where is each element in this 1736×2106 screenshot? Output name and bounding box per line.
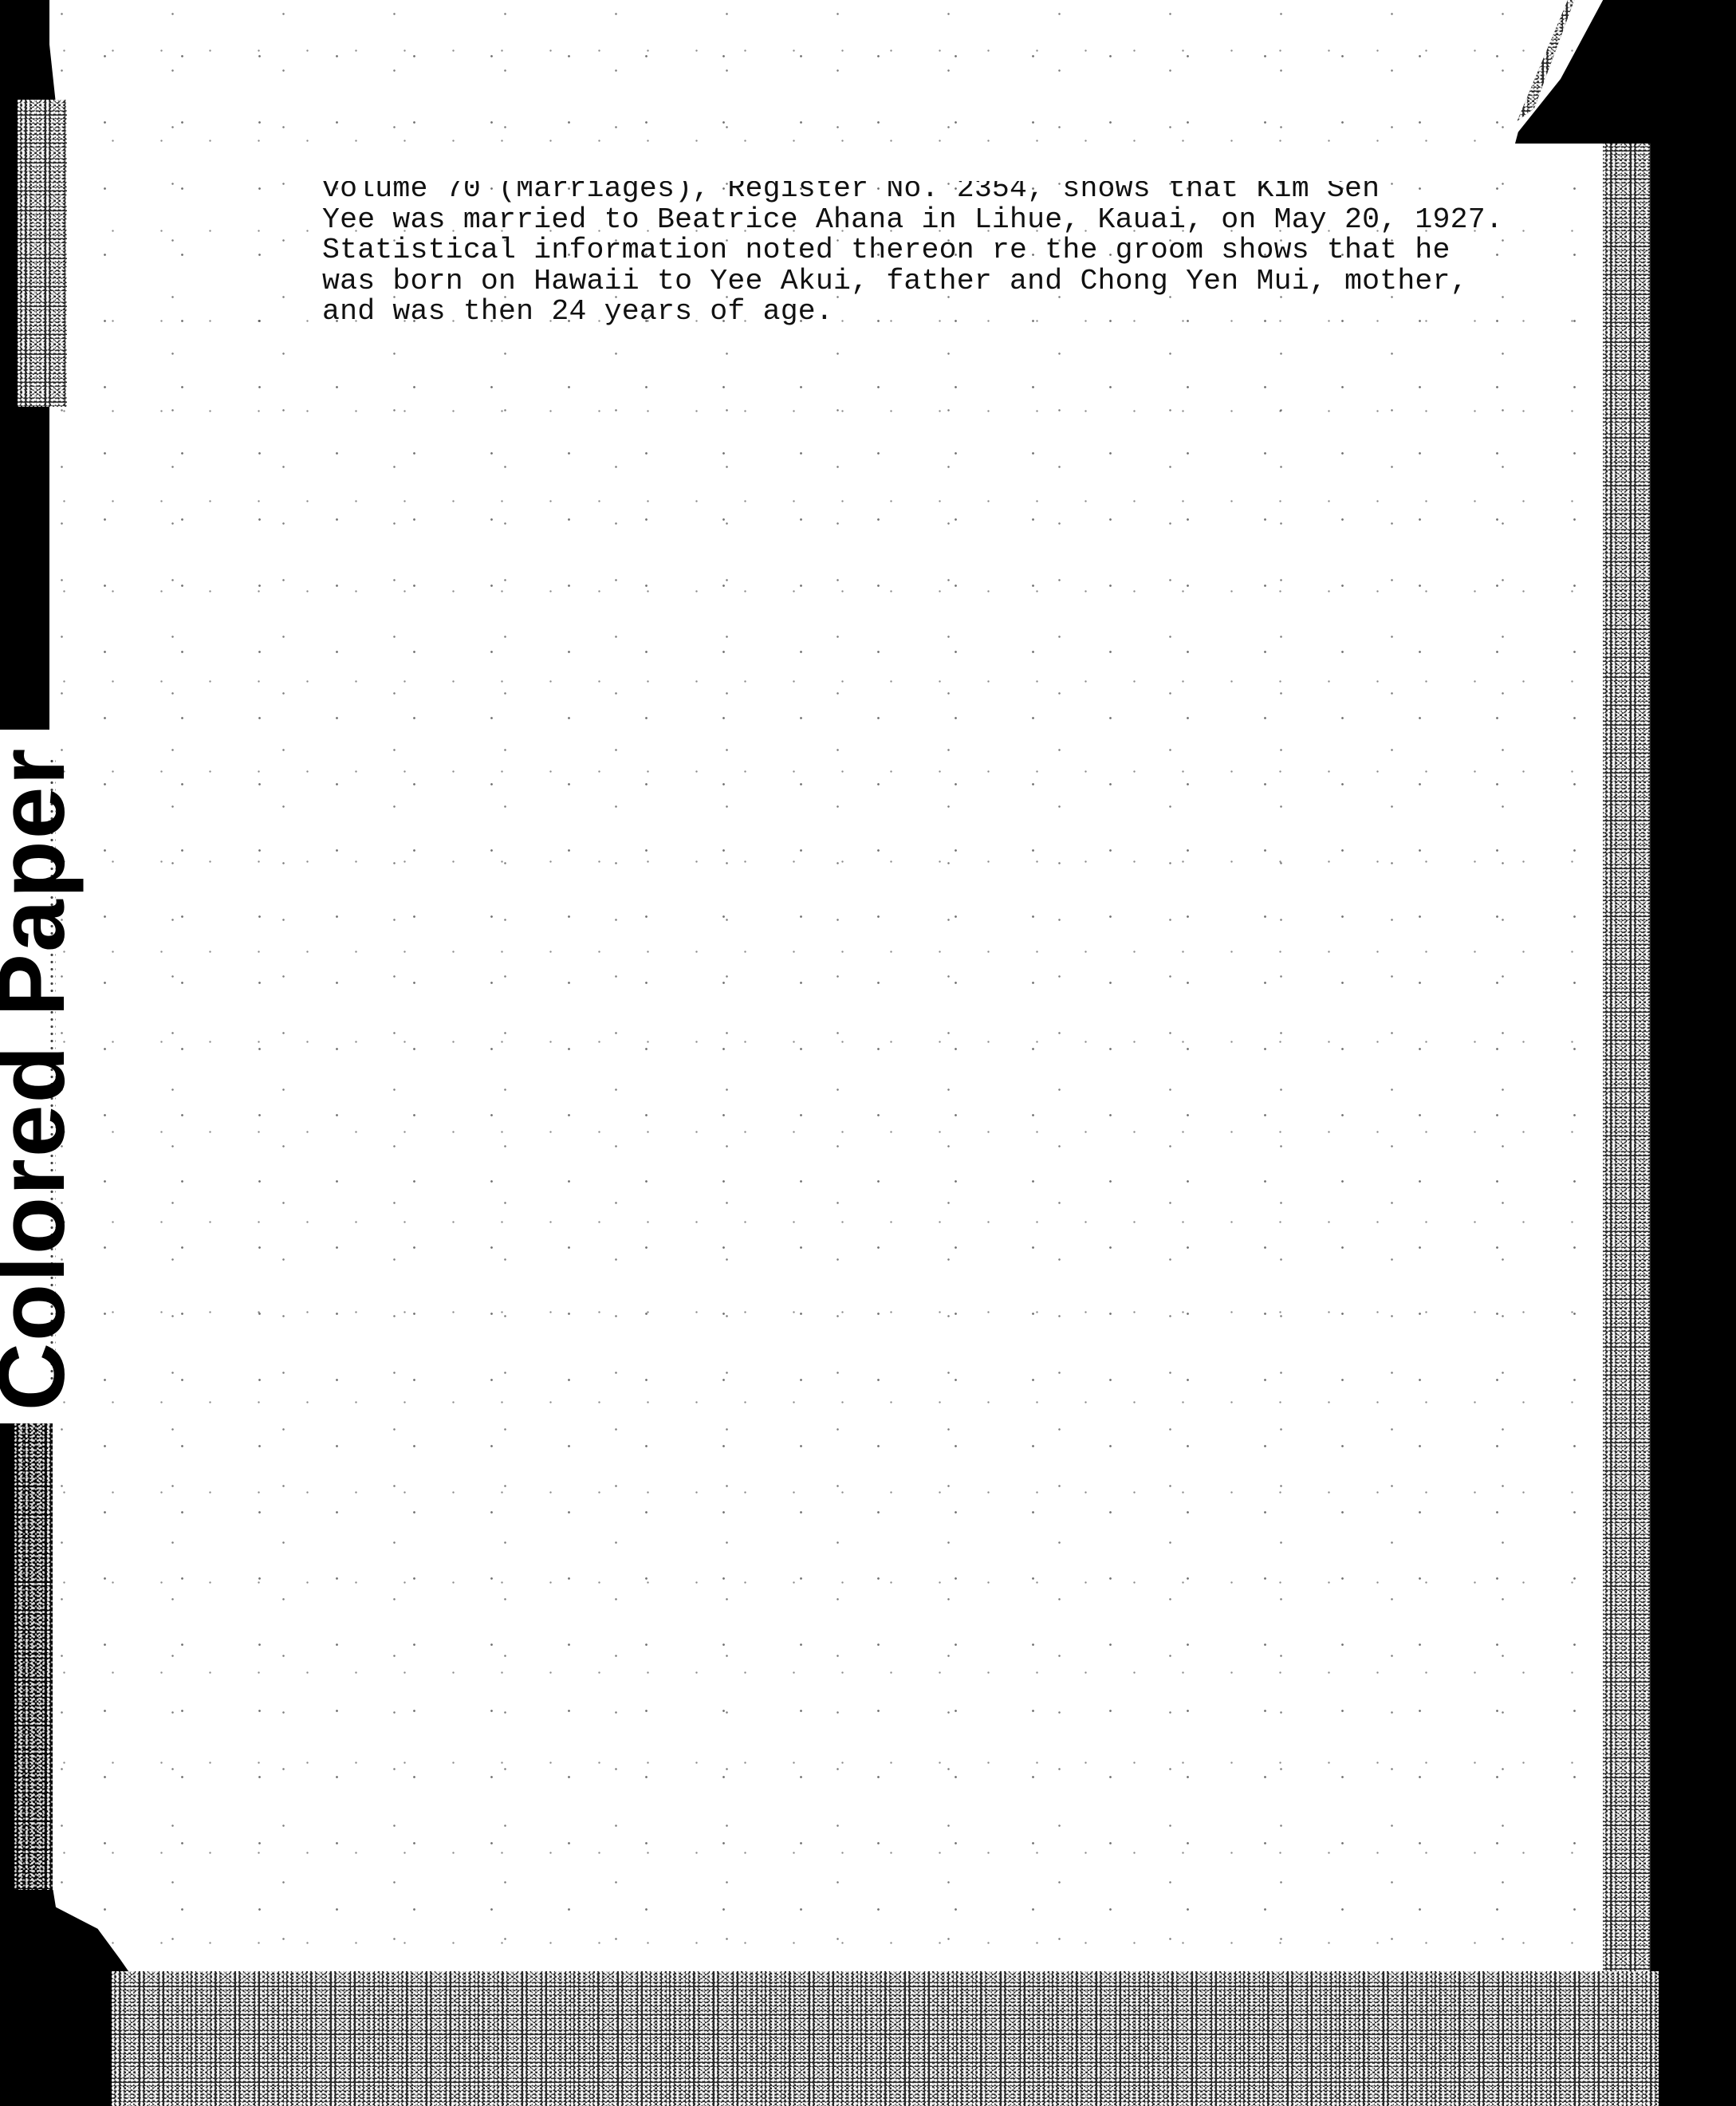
right-scan-edge [1649,0,1736,2106]
document-line: Statistical information noted thereon re… [322,235,1598,266]
left-edge-texture-top [18,100,67,407]
left-edge-texture-bottom [14,1423,53,1950]
document-line: Yee was married to Beatrice Ahana in Lih… [322,205,1598,236]
document-line: was born on Hawaii to Yee Akui, father a… [322,266,1598,297]
document-body: volume 70 (Marriages), Register No. 2354… [322,174,1598,328]
document-line: and was then 24 years of age. [322,297,1598,328]
perforation-dots [49,758,56,1380]
right-edge-texture [1603,136,1651,2106]
document-line: volume 70 (Marriages), Register No. 2354… [322,174,1598,205]
bottom-scan-edge [112,1971,1659,2106]
